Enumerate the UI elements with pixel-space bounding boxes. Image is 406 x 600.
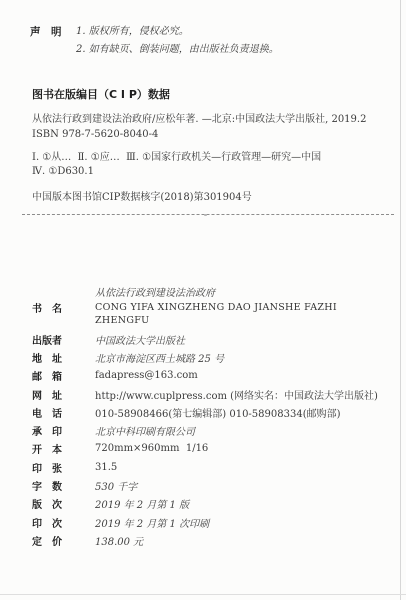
page-edge-right (400, 0, 401, 600)
dashed-divider (22, 214, 394, 215)
colophon-row-sheets: 印 张 31.5 (32, 458, 394, 476)
book-title-pinyin: CONG YIFA XINGZHENG DAO JIANSHE FAZHI ZH… (95, 301, 394, 327)
row-value: http://www.cuplpress.com (网络实名：中国政法大学出版社… (95, 387, 378, 402)
row-label: 出版者 (32, 332, 95, 347)
notice-item: 1. 版权所有，侵权必究。 (76, 23, 386, 41)
book-title-cn: 从依法行政到建设法治政府 (95, 287, 394, 301)
row-value: 2019 年 2 月第 1 次印刷 (95, 515, 209, 530)
colophon-block: 书 名 从依法行政到建设法治政府 CONG YIFA XINGZHENG DAO… (32, 284, 394, 550)
cip-heading: 图书在版编目（C I P）数据 (32, 86, 394, 102)
row-label: 网 址 (32, 387, 95, 402)
cip-block: 图书在版编目（C I P）数据 从依法行政到建设法治政府/应松年著. —北京:中… (32, 86, 394, 215)
row-label: 定 价 (32, 533, 95, 548)
colophon-row-email: 邮 箱 fadapress@163.com (32, 367, 394, 385)
notice-block: 声 明 1. 版权所有，侵权必究。 2. 如有缺页、倒装问题，由出版社负责退换。 (30, 23, 386, 59)
row-label: 邮 箱 (32, 368, 95, 383)
colophon-row-website: 网 址 http://www.cuplpress.com (网络实名：中国政法大… (32, 385, 394, 403)
row-value: 138.00 元 (95, 533, 143, 548)
row-value: 31.5 (95, 462, 117, 473)
row-label: 电 话 (32, 405, 95, 420)
row-label: 地 址 (32, 350, 95, 365)
row-value: 北京市海淀区西土城路 25 号 (95, 350, 224, 365)
colophon-row-format: 开 本 720mm×960mm 1/16 (32, 440, 394, 458)
row-label: 开 本 (32, 441, 95, 456)
row-label: 承 印 (32, 423, 95, 438)
row-value: 2019 年 2 月第 1 版 (95, 496, 189, 511)
cip-classification-line: Ⅰ. ①从… Ⅱ. ①应… Ⅲ. ①国家行政机关—行政管理—研究—中国 (32, 151, 394, 165)
colophon-row-edition: 版 次 2019 年 2 月第 1 版 (32, 495, 394, 513)
row-label: 印 次 (32, 515, 95, 530)
row-value: 530 千字 (95, 478, 137, 493)
colophon-row-wordcount: 字 数 530 千字 (32, 476, 394, 494)
colophon-row-publisher: 出版者 中国政法大学出版社 (32, 330, 394, 348)
cip-isbn: ISBN 978-7-5620-8040-4 (32, 127, 394, 142)
page-edge-bottom (0, 594, 406, 595)
copyright-page: 声 明 1. 版权所有，侵权必究。 2. 如有缺页、倒装问题，由出版社负责退换。… (0, 0, 406, 600)
row-value: 010-58908466(第七编辑部) 010-58908334(邮购部) (95, 405, 341, 420)
cip-description: 从依法行政到建设法治政府/应松年著. —北京:中国政法大学出版社, 2019.2 (32, 112, 394, 127)
notice-item: 2. 如有缺页、倒装问题，由出版社负责退换。 (76, 41, 386, 59)
row-label: 版 次 (32, 496, 95, 511)
row-label: 书 名 (32, 300, 95, 315)
cip-classification-line: Ⅳ. ①D630.1 (32, 165, 394, 179)
colophon-row-printing: 印 次 2019 年 2 月第 1 次印刷 (32, 513, 394, 531)
scan-speck (204, 214, 207, 216)
cip-record-number: 中国版本图书馆CIP数据核字(2018)第301904号 (32, 191, 394, 205)
colophon-row-address: 地 址 北京市海淀区西土城路 25 号 (32, 348, 394, 366)
colophon-row-printer: 承 印 北京中科印刷有限公司 (32, 421, 394, 439)
row-value: 720mm×960mm 1/16 (95, 443, 208, 454)
cip-classification: Ⅰ. ①从… Ⅱ. ①应… Ⅲ. ①国家行政机关—行政管理—研究—中国 Ⅳ. ①… (32, 151, 394, 179)
row-value: 中国政法大学出版社 (95, 332, 185, 347)
notice-label: 声 明 (30, 23, 76, 41)
colophon-row-price: 定 价 138.00 元 (32, 531, 394, 549)
book-title-group: 从依法行政到建设法治政府 CONG YIFA XINGZHENG DAO JIA… (95, 287, 394, 327)
row-value: 北京中科印刷有限公司 (95, 423, 195, 438)
colophon-row-phone: 电 话 010-58908466(第七编辑部) 010-58908334(邮购部… (32, 403, 394, 421)
colophon-row-title: 书 名 从依法行政到建设法治政府 CONG YIFA XINGZHENG DAO… (32, 284, 394, 330)
row-value: fadapress@163.com (95, 370, 198, 381)
row-label: 印 张 (32, 460, 95, 475)
notice-items: 1. 版权所有，侵权必究。 2. 如有缺页、倒装问题，由出版社负责退换。 (76, 23, 386, 59)
row-label: 字 数 (32, 478, 95, 493)
